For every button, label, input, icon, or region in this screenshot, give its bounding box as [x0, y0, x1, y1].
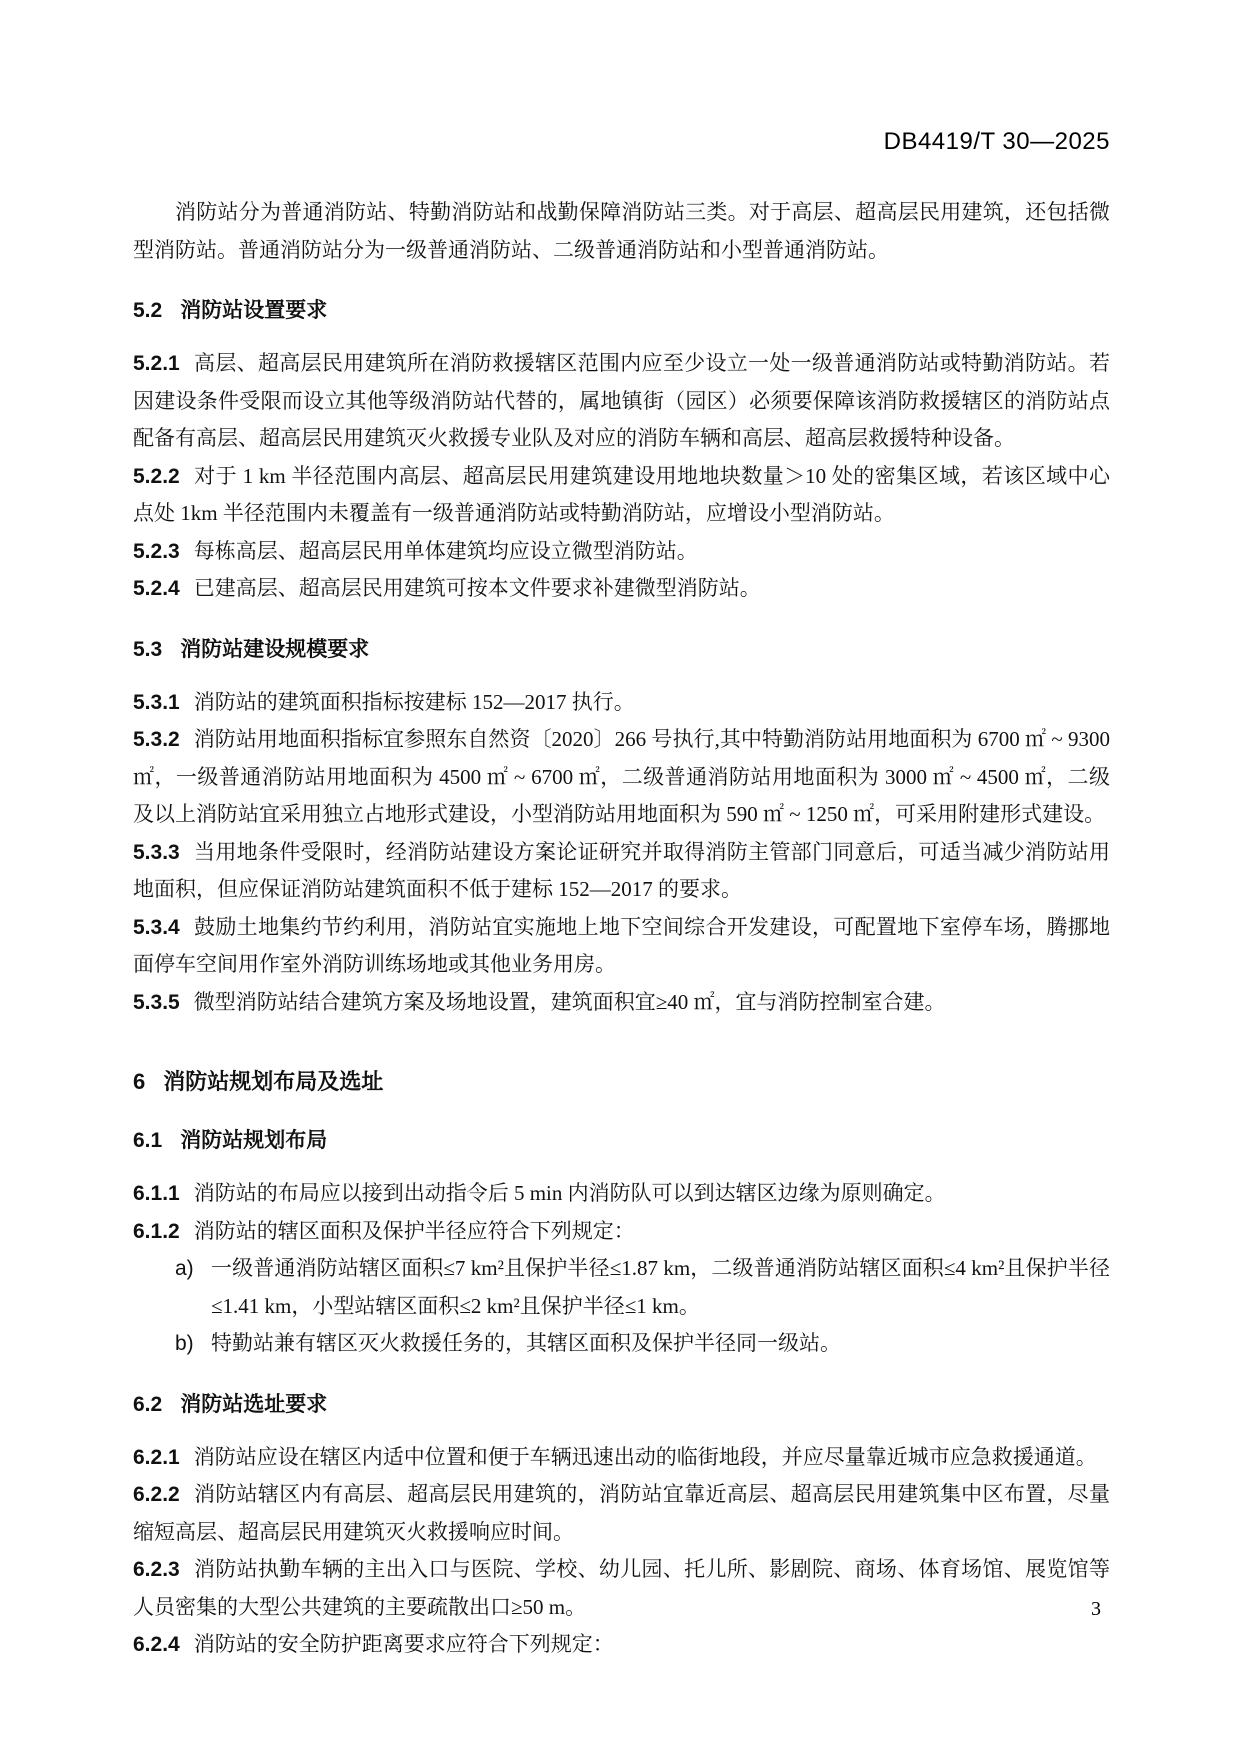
chapter-title: 消防站规划布局及选址 [163, 1069, 383, 1094]
clause-number: 5.2.3 [133, 540, 180, 563]
clause-number: 5.2.2 [133, 465, 180, 488]
clause-text: 对于 1 km 半径范围内高层、超高层民用建筑建设用地地块数量＞10 处的密集区… [133, 464, 1110, 526]
clause-text: 消防站用地面积指标宜参照东自然资〔2020〕266 号执行,其中特勤消防站用地面… [133, 727, 1110, 826]
clause-text: 每栋高层、超高层民用单体建筑均应设立微型消防站。 [194, 539, 698, 563]
section-title: 消防站选址要求 [180, 1393, 327, 1416]
clause-6-2-2: 6.2.2消防站辖区内有高层、超高层民用建筑的，消防站宜靠近高层、超高层民用建筑… [133, 1476, 1110, 1551]
clause-6-2-3: 6.2.3消防站执勤车辆的主出入口与医院、学校、幼儿园、托儿所、影剧院、商场、体… [133, 1551, 1110, 1626]
clause-text: 消防站的辖区面积及保护半径应符合下列规定： [194, 1219, 635, 1243]
clause-text: 消防站的建筑面积指标按建标 152—2017 执行。 [194, 690, 635, 714]
section-heading-6-2: 6.2消防站选址要求 [133, 1389, 1110, 1421]
clause-5-3-2: 5.3.2消防站用地面积指标宜参照东自然资〔2020〕266 号执行,其中特勤消… [133, 721, 1110, 834]
clause-number: 5.3.2 [133, 728, 180, 751]
clause-5-2-3: 5.2.3每栋高层、超高层民用单体建筑均应设立微型消防站。 [133, 533, 1110, 571]
clause-text: 当用地条件受限时，经消防站建设方案论证研究并取得消防主管部门同意后，可适当减少消… [133, 840, 1110, 902]
clause-5-2-2: 5.2.2对于 1 km 半径范围内高层、超高层民用建筑建设用地地块数量＞10 … [133, 458, 1110, 533]
clause-5-2-1: 5.2.1高层、超高层民用建筑所在消防救援辖区范围内应至少设立一处一级普通消防站… [133, 345, 1110, 458]
clause-number: 5.3.3 [133, 841, 180, 864]
list-item-a: a)一级普通消防站辖区面积≤7 km²且保护半径≤1.87 km，二级普通消防站… [133, 1250, 1110, 1325]
clause-6-1-2: 6.1.2消防站的辖区面积及保护半径应符合下列规定： [133, 1213, 1110, 1251]
document-page: DB4419/T 30—2025 消防站分为普通消防站、特勤消防站和战勤保障消防… [0, 0, 1241, 1754]
clause-text: 消防站辖区内有高层、超高层民用建筑的，消防站宜靠近高层、超高层民用建筑集中区布置… [133, 1482, 1110, 1544]
section-number: 6.2 [133, 1393, 162, 1416]
clause-text: 鼓励土地集约节约利用，消防站宜实施地上地下空间综合开发建设，可配置地下室停车场，… [133, 915, 1110, 977]
clause-text: 消防站的安全防护距离要求应符合下列规定： [194, 1632, 614, 1656]
clause-text: 消防站的布局应以接到出动指令后 5 min 内消防队可以到达辖区边缘为原则确定。 [194, 1181, 946, 1205]
chapter-number: 6 [133, 1069, 145, 1094]
clause-6-2-1: 6.2.1消防站应设在辖区内适中位置和便于车辆迅速出动的临街地段，并应尽量靠近城… [133, 1439, 1110, 1477]
clause-text: 已建高层、超高层民用建筑可按本文件要求补建微型消防站。 [194, 576, 761, 600]
section-number: 5.2 [133, 299, 162, 322]
clause-number: 6.1.2 [133, 1220, 180, 1243]
section-number: 5.3 [133, 638, 162, 661]
doc-number-header: DB4419/T 30—2025 [133, 128, 1110, 156]
clause-6-2-4: 6.2.4消防站的安全防护距离要求应符合下列规定： [133, 1626, 1110, 1664]
clause-5-3-4: 5.3.4鼓励土地集约节约利用，消防站宜实施地上地下空间综合开发建设，可配置地下… [133, 909, 1110, 984]
list-marker: a) [175, 1250, 211, 1325]
section-heading-5-2: 5.2消防站设置要求 [133, 295, 1110, 327]
page-number: 3 [1091, 1598, 1101, 1621]
clause-5-2-4: 5.2.4已建高层、超高层民用建筑可按本文件要求补建微型消防站。 [133, 570, 1110, 608]
clause-text: 消防站应设在辖区内适中位置和便于车辆迅速出动的临街地段，并应尽量靠近城市应急救援… [194, 1445, 1097, 1469]
section-title: 消防站设置要求 [180, 299, 327, 322]
clause-5-3-3: 5.3.3当用地条件受限时，经消防站建设方案论证研究并取得消防主管部门同意后，可… [133, 834, 1110, 909]
section-title: 消防站规划布局 [180, 1129, 327, 1152]
clause-number: 5.3.4 [133, 916, 180, 939]
intro-paragraph: 消防站分为普通消防站、特勤消防站和战勤保障消防站三类。对于高层、超高层民用建筑，… [133, 194, 1110, 269]
list-marker: b) [175, 1325, 211, 1363]
document-body: 消防站分为普通消防站、特勤消防站和战勤保障消防站三类。对于高层、超高层民用建筑，… [133, 194, 1110, 1664]
section-number: 6.1 [133, 1129, 162, 1152]
list-item-text: 一级普通消防站辖区面积≤7 km²且保护半径≤1.87 km，二级普通消防站辖区… [211, 1250, 1110, 1325]
chapter-heading-6: 6消防站规划布局及选址 [133, 1065, 1110, 1099]
section-heading-6-1: 6.1消防站规划布局 [133, 1125, 1110, 1157]
clause-text: 消防站执勤车辆的主出入口与医院、学校、幼儿园、托儿所、影剧院、商场、体育场馆、展… [133, 1557, 1110, 1619]
clause-text: 微型消防站结合建筑方案及场地设置，建筑面积宜≥40 ㎡，宜与消防控制室合建。 [194, 990, 946, 1014]
list-item-text: 特勤站兼有辖区灭火救援任务的，其辖区面积及保护半径同一级站。 [211, 1325, 1110, 1363]
clause-5-3-1: 5.3.1消防站的建筑面积指标按建标 152—2017 执行。 [133, 684, 1110, 722]
clause-number: 5.2.1 [133, 352, 180, 375]
clause-number: 6.2.2 [133, 1483, 180, 1506]
clause-number: 6.1.1 [133, 1182, 180, 1205]
clause-number: 6.2.4 [133, 1633, 180, 1656]
clause-number: 5.3.5 [133, 991, 180, 1014]
clause-number: 5.2.4 [133, 577, 180, 600]
clause-5-3-5: 5.3.5微型消防站结合建筑方案及场地设置，建筑面积宜≥40 ㎡，宜与消防控制室… [133, 984, 1110, 1022]
clause-text: 高层、超高层民用建筑所在消防救援辖区范围内应至少设立一处一级普通消防站或特勤消防… [133, 351, 1110, 450]
section-heading-5-3: 5.3消防站建设规模要求 [133, 634, 1110, 666]
section-title: 消防站建设规模要求 [180, 638, 369, 661]
clause-number: 5.3.1 [133, 691, 180, 714]
list-item-b: b)特勤站兼有辖区灭火救援任务的，其辖区面积及保护半径同一级站。 [133, 1325, 1110, 1363]
clause-number: 6.2.3 [133, 1558, 180, 1581]
clause-number: 6.2.1 [133, 1446, 180, 1469]
clause-6-1-1: 6.1.1消防站的布局应以接到出动指令后 5 min 内消防队可以到达辖区边缘为… [133, 1175, 1110, 1213]
